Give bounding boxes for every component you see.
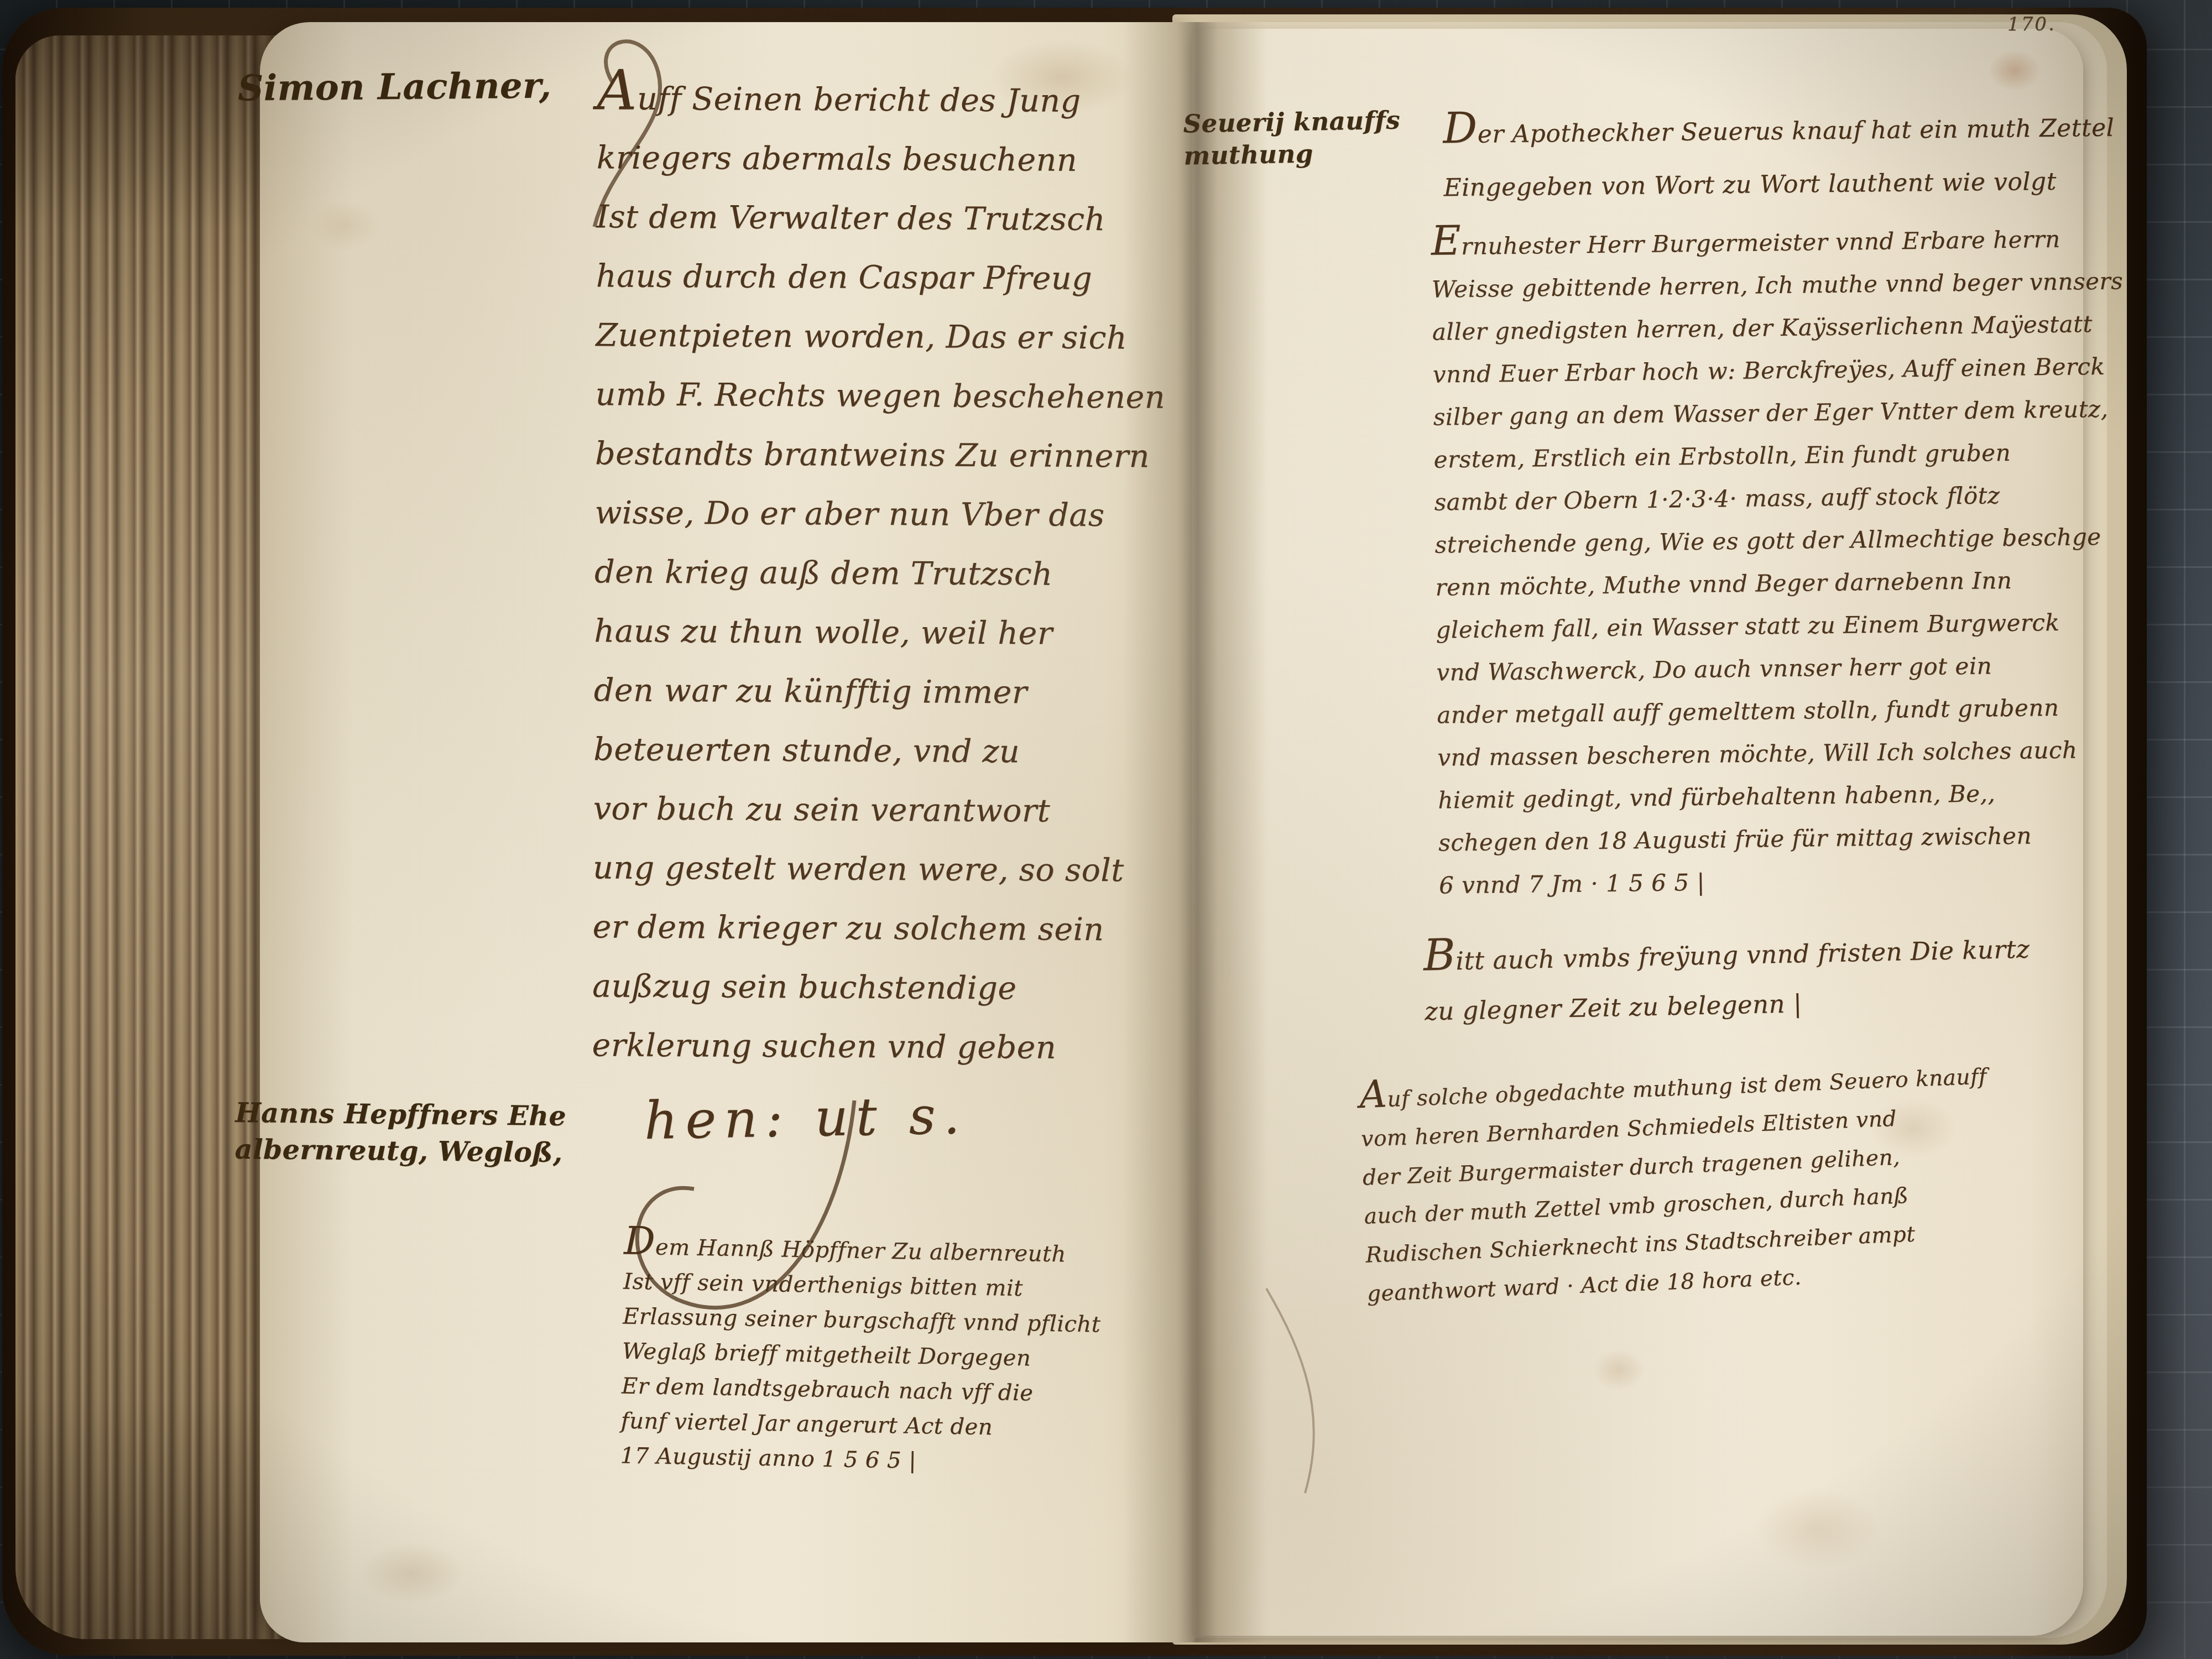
text-line: den war zu künfftig immer <box>594 661 1164 723</box>
text-line: Seuerij knauffs <box>1183 105 1401 140</box>
text-line: muthung <box>1183 137 1401 173</box>
text-line: bestandts brantweins Zu erinnern <box>595 424 1165 486</box>
text-line: silber gang an dem Wasser der Eger Vntte… <box>1433 387 2125 438</box>
text-line: Hanns Hepffners Ehe <box>235 1094 566 1134</box>
text-line: haus zu thun wolle, weil her <box>594 602 1164 664</box>
text-line: haus durch den Caspar Pfreug <box>596 247 1166 309</box>
text-line: schegen den 18 Augusti früe für mittag z… <box>1438 813 2130 864</box>
right-page-intro: Der Apotheckher Seuerus knauf hat ein mu… <box>1443 102 2115 215</box>
left-page-bottom-entry: Dem Hannß Höpffner Zu albernreuthIst vff… <box>620 1226 1102 1481</box>
text-line: gleichem fall, ein Wasser statt zu Einem… <box>1436 600 2127 651</box>
text-line: wisse, Do er aber nun Vber das <box>594 483 1165 545</box>
text-line: umb F. Rechts wegen beschehenen <box>595 365 1165 427</box>
manuscript-photo: 170. Simon Lachner, Auff Seinen bericht … <box>0 0 2212 1659</box>
left-margin-note-top: Simon Lachner, <box>238 64 552 111</box>
text-line: er dem krieger zu solchem sein <box>592 898 1162 959</box>
left-page-main-text: Auff Seinen bericht des Jungkriegers abe… <box>592 69 1167 1078</box>
text-line: kriegers abermals besuchenn <box>597 128 1167 190</box>
text-line: Der Apotheckher Seuerus knauf hat ein mu… <box>1443 102 2115 162</box>
left-margin-note-mid: Hanns Hepffners Ehealbernreutg, Wegloß, <box>234 1094 566 1171</box>
text-line: albernreutg, Wegloß, <box>234 1131 566 1171</box>
text-line: außzug sein buchstendige <box>592 957 1162 1019</box>
text-line: den krieg auß dem Trutzsch <box>594 542 1165 604</box>
right-margin-note: Seuerij knauffsmuthung <box>1183 105 1401 173</box>
text-line: Ist dem Verwalter des Trutzsch <box>596 187 1166 249</box>
text-line: erklerung suchen vnd geben <box>592 1016 1162 1078</box>
text-line: 6 vnnd 7 Jm · 1 5 6 5 | <box>1439 855 2131 906</box>
text-line: beteuerten stunde, vnd zu <box>593 720 1164 782</box>
text-line: streichende geng, Wie es gott der Allmec… <box>1434 515 2126 566</box>
text-line: Zuentpieten worden, Das er sich <box>596 306 1166 368</box>
right-page-petition: Bitt auch vmbs freÿung vnnd fristen Die … <box>1423 925 2031 1037</box>
right-page-muthung-text: Ernuhester Herr Burgermeister vnnd Erbar… <box>1431 217 2131 906</box>
text-line: Eingegeben von Wort zu Wort lauthent wie… <box>1443 155 2115 215</box>
text-line: vnd massen bescheren möchte, Will Ich so… <box>1437 728 2129 779</box>
left-page-signature: hen: ut s. <box>644 1086 968 1151</box>
text-line: Auff Seinen bericht des Jung <box>597 69 1167 131</box>
page-number: 170. <box>2007 13 2056 35</box>
text-line: ung gestelt werden were, so solt <box>593 838 1163 900</box>
right-page-closing-entry: Auf solche obgedachte muthung ist dem Se… <box>1359 1057 1995 1313</box>
text-line: vor buch zu sein verantwort <box>593 779 1163 841</box>
